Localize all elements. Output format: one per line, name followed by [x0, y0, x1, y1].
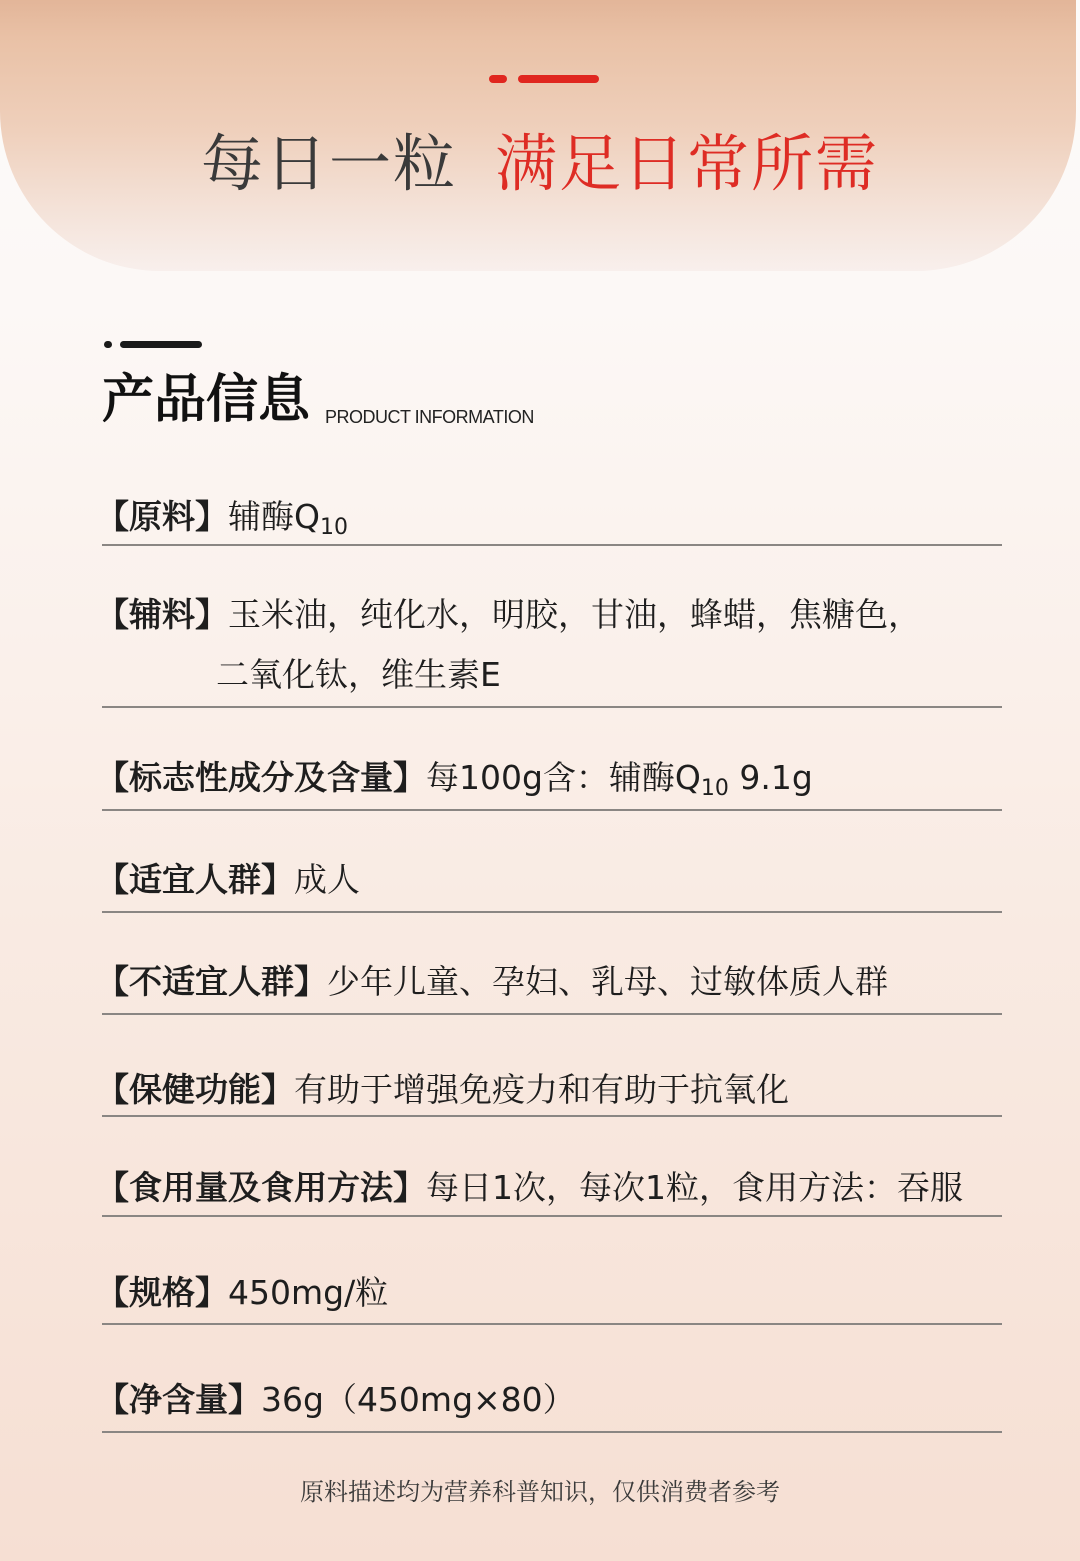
row-value: 450mg/粒: [228, 1273, 388, 1312]
info-row-suitable: 【适宜人群】成人: [96, 850, 1002, 910]
divider: [102, 1115, 1002, 1117]
info-row-dosage: 【食用量及食用方法】每日1次，每次1粒，食用方法：吞服: [96, 1158, 1002, 1218]
divider: [102, 706, 1002, 708]
info-row-raw-material: 【原料】辅酶Q10: [96, 487, 1002, 558]
row-label: 【保健功能】: [96, 1070, 294, 1109]
row-value: 每100g含：辅酶Q: [426, 758, 701, 797]
row-label: 【规格】: [96, 1273, 228, 1312]
info-row-net-content: 【净含量】36g（450mg×80）: [96, 1370, 1002, 1430]
row-label: 【原料】: [96, 497, 228, 536]
row-value-after: 9.1g: [729, 758, 813, 797]
row-value-subscript: 10: [320, 515, 348, 540]
divider: [102, 1215, 1002, 1217]
row-label: 【食用量及食用方法】: [96, 1168, 426, 1207]
row-label: 【适宜人群】: [96, 860, 294, 899]
disclaimer-footnote: 原料描述均为营养科普知识，仅供消费者参考: [0, 1472, 1080, 1507]
row-value: 玉米油，纯化水，明胶，甘油，蜂蜡，焦糖色，: [228, 595, 921, 634]
section-subtitle: PRODUCT INFORMATION: [325, 407, 534, 428]
info-row-unsuitable: 【不适宜人群】少年儿童、孕妇、乳母、过敏体质人群: [96, 952, 1002, 1012]
row-value: 36g（450mg×80）: [261, 1380, 576, 1419]
info-row-spec: 【规格】450mg/粒: [96, 1263, 1002, 1323]
row-value: 有助于增强免疫力和有助于抗氧化: [294, 1070, 789, 1109]
row-value: 成人: [294, 860, 360, 899]
section-accent-bar: [120, 341, 202, 348]
divider: [102, 911, 1002, 913]
row-value-line2: 二氧化钛，维生素E: [96, 645, 1002, 705]
divider: [102, 1323, 1002, 1325]
divider: [102, 809, 1002, 811]
row-value-subscript: 10: [701, 776, 729, 801]
hero-accent-dot: [489, 75, 507, 83]
row-label: 【净含量】: [96, 1380, 261, 1419]
row-label: 【辅料】: [96, 595, 228, 634]
row-value: 每日1次，每次1粒，食用方法：吞服: [426, 1168, 963, 1207]
row-value: 少年儿童、孕妇、乳母、过敏体质人群: [327, 962, 888, 1001]
hero-title-dark: 每日一粒: [201, 127, 457, 200]
hero-accent-bar: [518, 75, 599, 83]
info-row-health-function: 【保健功能】有助于增强免疫力和有助于抗氧化: [96, 1060, 1002, 1120]
divider: [102, 1013, 1002, 1015]
section-title: 产品信息: [102, 368, 310, 432]
divider: [102, 544, 1002, 546]
row-label: 【标志性成分及含量】: [96, 758, 426, 797]
hero-title-red: 满足日常所需: [495, 127, 879, 200]
hero-title: 每日一粒满足日常所需: [0, 128, 1080, 200]
divider: [102, 1431, 1002, 1433]
row-value: 辅酶Q: [228, 497, 320, 536]
section-accent-dot: [104, 341, 112, 348]
info-row-excipients: 【辅料】玉米油，纯化水，明胶，甘油，蜂蜡，焦糖色， 二氧化钛，维生素E: [96, 585, 1002, 705]
row-label: 【不适宜人群】: [96, 962, 327, 1001]
